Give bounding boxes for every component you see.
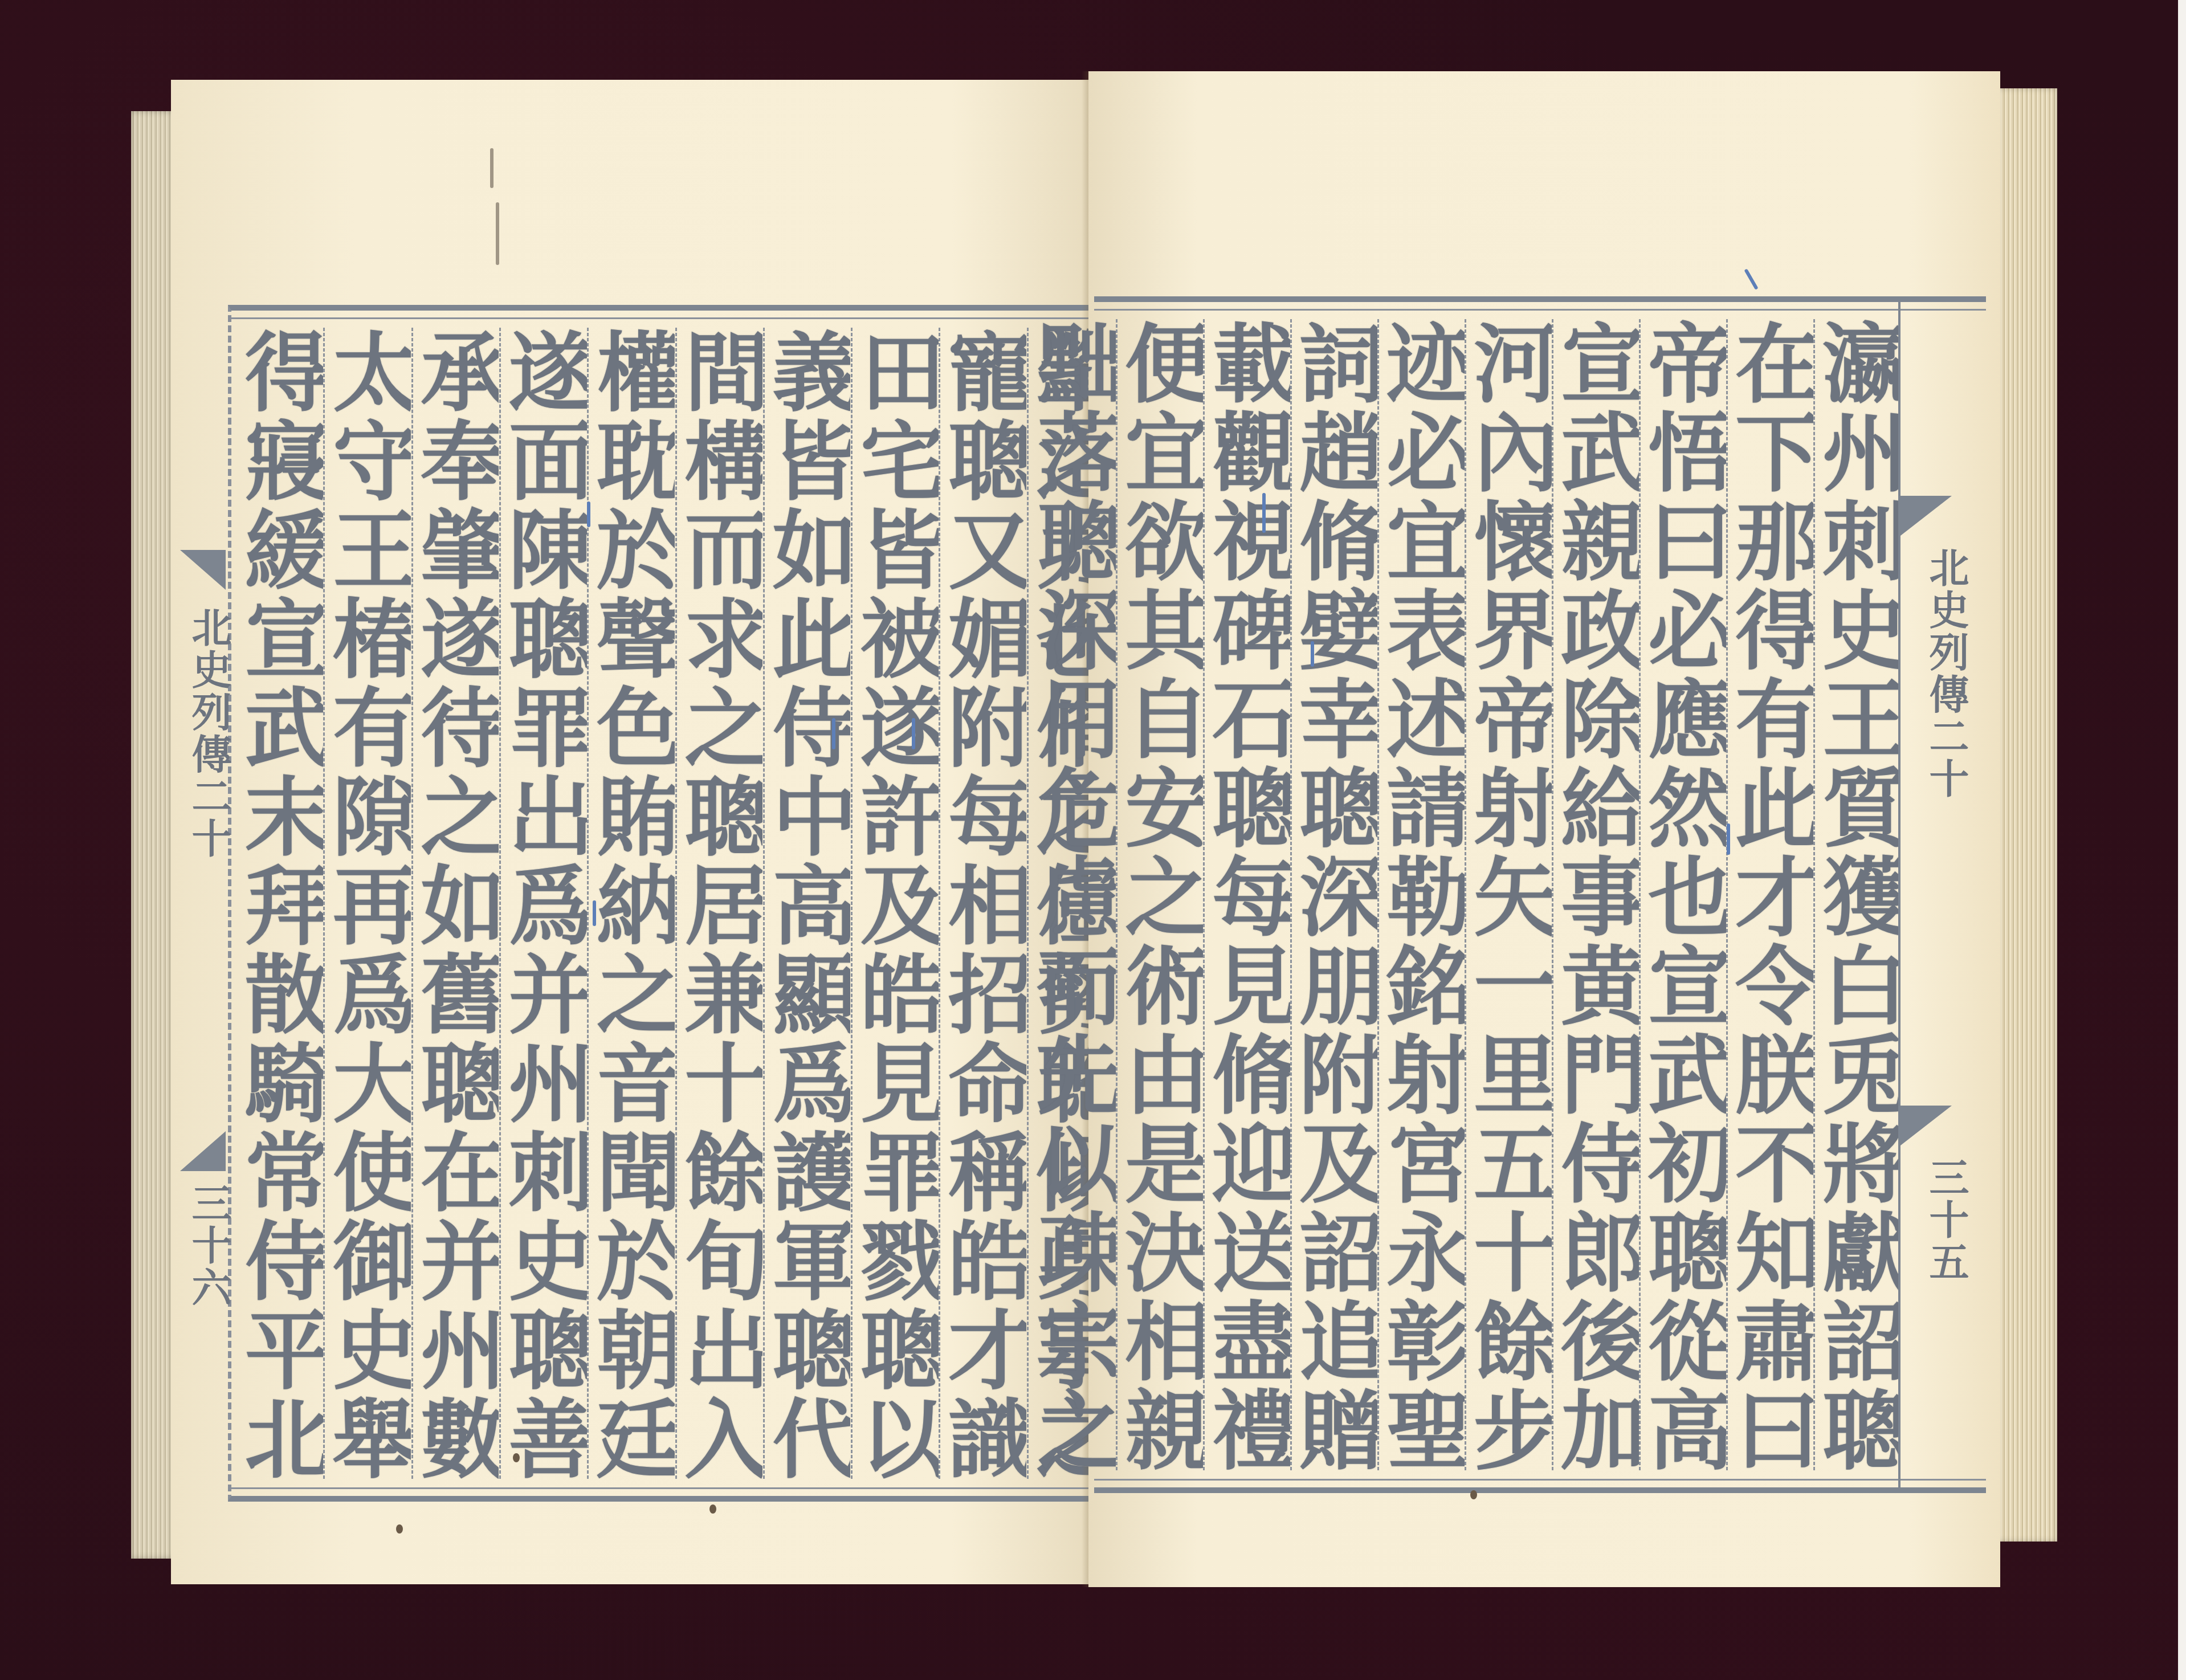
fishtail-lower-icon <box>1900 1106 1952 1145</box>
blue-annotation-mark <box>832 718 835 749</box>
right-page-print-frame: 瀛州刺史王質獲白兎將獻詔聰爲表帝見表顧王肅曰 在下那得有此才令朕不知肅曰此高聰比… <box>1094 296 1986 1493</box>
column-text: 太守王椿有隙再爲大使御史舉奏肇每以宗私相援事 <box>325 328 411 1479</box>
text-column: 權耽於聲色賄納之音聞於朝廷遂中尉崔亮知肇微恨 <box>587 328 675 1479</box>
frame-inner-rule-bottom <box>231 1487 1120 1489</box>
text-column: 遂面陳聰罪出爲并州刺史聰善於去就知肇嫌之側身 <box>499 328 587 1479</box>
column-text: 便宜欲其自安之術由是決相親狎脩死甄琛李憑皆被 <box>1118 319 1203 1470</box>
binding-hole <box>709 1504 716 1514</box>
fold-page-number: 三十六 <box>180 1182 238 1309</box>
open-book: 北史列傳二十 三十六 肇之力也脩之任勢聰傾身事之及死言必毀惡茹皓之 寵聰又媚附每… <box>131 71 2057 1599</box>
text-column: 太守王椿有隙再爲大使御史舉奏肇每以宗私相援事 <box>323 328 411 1479</box>
fishtail-lower-icon <box>180 1131 226 1171</box>
column-text: 帝悟曰必應然也宣武初聰從高肇還京師說高肇廢六輔 <box>1641 319 1726 1470</box>
fishtail-upper-icon <box>1900 496 1952 536</box>
blue-annotation-mark <box>593 900 596 926</box>
left-text-columns: 肇之力也脩之任勢聰傾身事之及死言必毀惡茹皓之 寵聰又媚附每相招命稱皓才識非脩之儔… <box>237 328 1115 1479</box>
column-text: 義皆如此侍中高顯爲護軍聰代兼其任顯與兄肇疑聰 <box>765 328 850 1479</box>
binding-hole <box>396 1524 403 1534</box>
text-column: 得寢緩宣武末拜散騎常侍平北將軍明帝踐阼以其素 <box>237 328 323 1479</box>
column-text: 得寢緩宣武末拜散騎常侍平北將軍明帝踐阼以其素 <box>238 328 323 1479</box>
blue-annotation-mark <box>1727 823 1730 855</box>
fold-page-number: 三十五 <box>1918 1157 1975 1283</box>
right-text-columns: 瀛州刺史王質獲白兎將獻詔聰爲表帝見表顧王肅曰 在下那得有此才令朕不知肅曰此高聰比… <box>1094 319 1900 1470</box>
blue-annotation-mark <box>1311 641 1314 667</box>
text-column: 詞趙脩嬖幸聰深朋附及詔追贈脩父聰爲碑文出入同 <box>1290 319 1377 1470</box>
column-text: 載觀視碑石聰每見脩迎送盡禮聰又爲脩作表陳當時 <box>1205 319 1290 1470</box>
column-text: 河內懷界帝射矢一里五十餘步侍中高顯等奏盛事奇 <box>1466 319 1552 1470</box>
text-column: 宣武親政除給事黄門侍郎後加散騎常侍及幸鄴還於 <box>1552 319 1639 1470</box>
paper-stain <box>490 148 494 188</box>
text-column: 在下那得有此才令朕不知肅曰此高聰比狀或其所製 <box>1726 319 1813 1470</box>
left-page-stack-edge <box>131 111 174 1559</box>
column-text: 黜落聰深用危慮而先以疎宗之情曲事高肇竟獲自免 <box>1030 319 1116 1470</box>
paper-stain <box>496 202 499 265</box>
right-fold-margin: 北史列傳二十 三十五 <box>1898 302 1986 1487</box>
text-column: 寵聰又媚附每相招命稱皓才識非脩之儔乃因皓啓請 <box>939 328 1026 1479</box>
frame-inner-rule-top <box>1094 309 1986 311</box>
column-text: 詞趙脩嬖幸聰深朋附及詔追贈脩父聰爲碑文出入同 <box>1292 319 1377 1470</box>
fold-title: 北史列傳二十 <box>1918 547 1975 800</box>
left-page-print-frame: 北史列傳二十 三十六 肇之力也脩之任勢聰傾身事之及死言必毀惡茹皓之 寵聰又媚附每… <box>228 305 1120 1502</box>
column-text: 瀛州刺史王質獲白兎將獻詔聰爲表帝見表顧王肅曰 <box>1815 319 1900 1470</box>
column-text: 承奉肇遂待之如舊聰在并州數歲多不率法又與太原 <box>413 328 499 1479</box>
text-column: 便宜欲其自安之術由是決相親狎脩死甄琛李憑皆被 <box>1116 319 1203 1470</box>
text-column: 迹必宜表述請勒銘射宮永彰聖藝遂刊銘射所聰爲之 <box>1377 319 1465 1470</box>
frame-inner-rule-bottom <box>1094 1479 1986 1481</box>
text-column: 載觀視碑石聰每見脩迎送盡禮聰又爲脩作表陳當時 <box>1203 319 1290 1470</box>
text-column: 帝悟曰必應然也宣武初聰從高肇還京師說高肇廢六輔 <box>1639 319 1726 1470</box>
blue-annotation-mark <box>912 718 915 749</box>
column-text: 寵聰又媚附每相招命稱皓才識非脩之儔乃因皓啓請 <box>941 328 1026 1479</box>
column-text: 遂面陳聰罪出爲并州刺史聰善於去就知肇嫌之側身 <box>501 328 587 1479</box>
text-column: 間構而求之聰居兼十餘旬出入機要言即眞無遠慮藉貴 <box>675 328 763 1479</box>
left-page: 北史列傳二十 三十六 肇之力也脩之任勢聰傾身事之及死言必毀惡茹皓之 寵聰又媚附每… <box>171 80 1088 1584</box>
text-column: 承奉肇遂待之如舊聰在并州數歲多不率法又與太原 <box>411 328 499 1479</box>
column-text: 宣武親政除給事黄門侍郎後加散騎常侍及幸鄴還於 <box>1553 319 1639 1470</box>
binding-hole <box>513 1453 520 1462</box>
blue-annotation-mark <box>1744 268 1758 290</box>
blue-annotation-mark <box>587 501 590 527</box>
text-column: 河內懷界帝射矢一里五十餘步侍中高顯等奏盛事奇 <box>1465 319 1552 1470</box>
scan-edge-strip <box>2178 0 2186 1680</box>
fold-title: 北史列傳二十 <box>180 607 238 860</box>
right-page: 瀛州刺史王質獲白兎將獻詔聰爲表帝見表顧王肅曰 在下那得有此才令朕不知肅曰此高聰比… <box>1088 71 2000 1587</box>
frame-inner-rule-top <box>231 317 1120 319</box>
column-text: 田宅皆被遂許及皓見罪戮聰以爲死之晚也其薄於情 <box>853 328 939 1479</box>
column-text: 權耽於聲色賄納之音聞於朝廷遂中尉崔亮知肇微恨 <box>589 328 675 1479</box>
text-column: 瀛州刺史王質獲白兎將獻詔聰爲表帝見表顧王肅曰 <box>1813 319 1900 1470</box>
text-column: 田宅皆被遂許及皓見罪戮聰以爲死之晚也其薄於情 <box>851 328 939 1479</box>
column-text: 在下那得有此才令朕不知肅曰此高聰比狀或其所製 <box>1728 319 1813 1470</box>
column-text: 間構而求之聰居兼十餘旬出入機要言即眞無遠慮藉貴 <box>677 328 762 1479</box>
binding-hole <box>1470 1490 1477 1499</box>
text-column: 義皆如此侍中高顯爲護軍聰代兼其任顯與兄肇疑聰 <box>763 328 851 1479</box>
right-page-stack-edge <box>1997 88 2057 1542</box>
fishtail-upper-icon <box>180 550 226 590</box>
blue-annotation-mark <box>1262 493 1266 533</box>
text-column: 黜落聰深用危慮而先以疎宗之情曲事高肇竟獲自免 <box>1030 319 1116 1470</box>
column-text: 迹必宜表述請勒銘射宮永彰聖藝遂刊銘射所聰爲之 <box>1379 319 1465 1470</box>
